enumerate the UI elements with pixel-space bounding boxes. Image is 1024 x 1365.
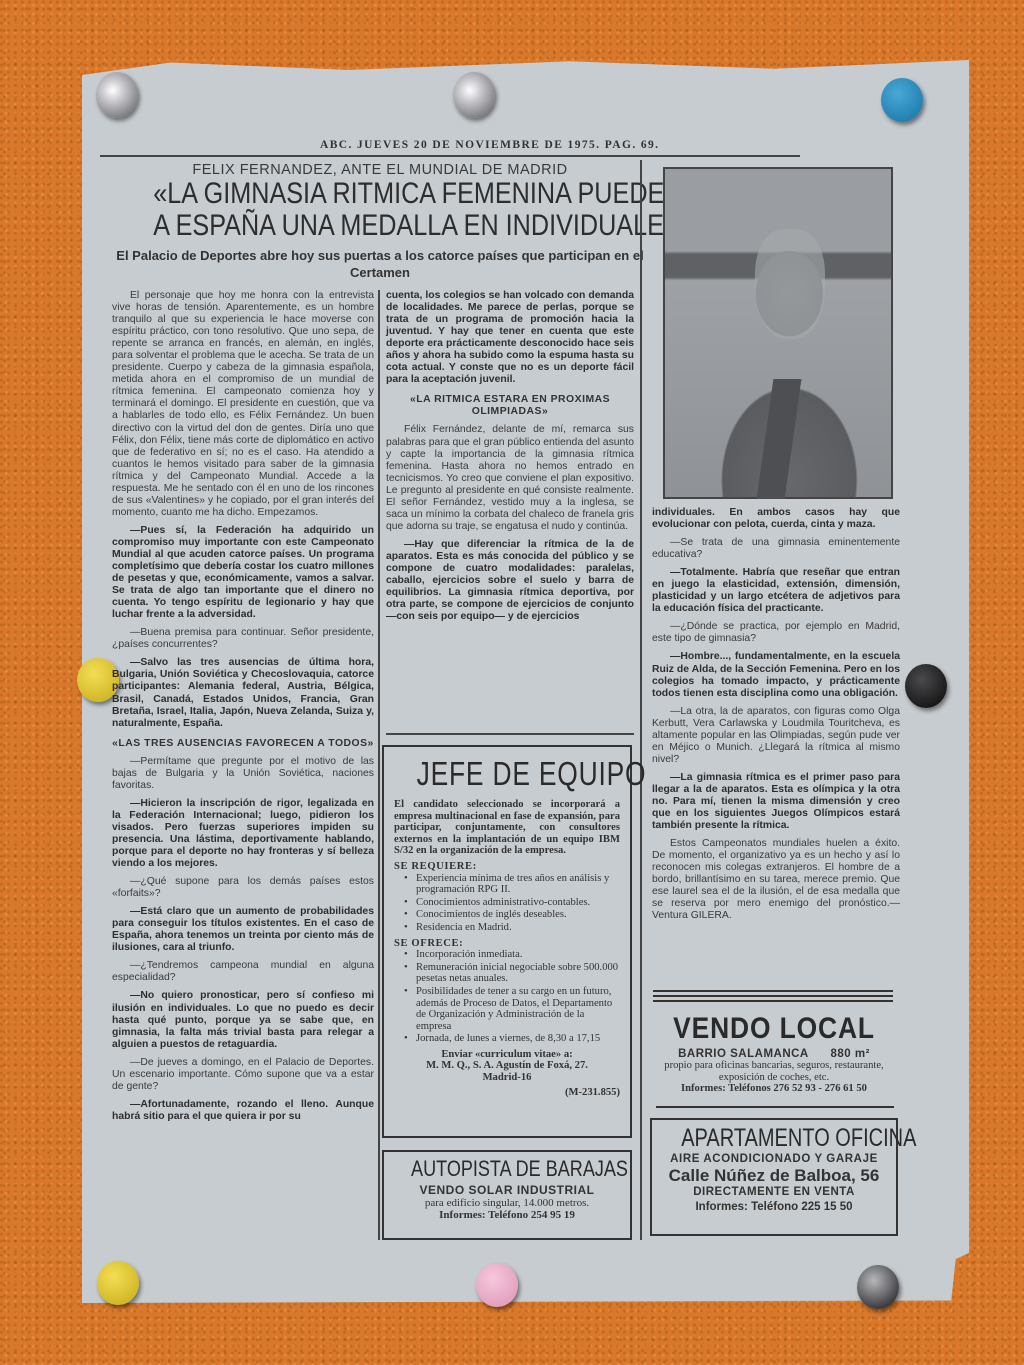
article-column-1: El personaje que hoy me honra con la ent…: [112, 290, 374, 1129]
ad-line: VENDO SOLAR INDUSTRIAL: [390, 1183, 624, 1197]
paragraph: —La gimnasia rítmica es el primer paso p…: [652, 772, 900, 832]
article-kicker: FELIX FERNANDEZ, ANTE EL MUNDIAL DE MADR…: [110, 162, 650, 178]
ad-autopista-barajas: AUTOPISTA DE BARAJAS VENDO SOLAR INDUSTR…: [382, 1150, 632, 1240]
paragraph: —¿Tendremos campeona mundial en alguna e…: [112, 960, 374, 984]
address-line-1: M. M. Q., S. A. Agustín de Foxá, 27.: [394, 1060, 620, 1072]
ad-phone: Informes: Teléfono 225 15 50: [658, 1201, 890, 1213]
ad-intro: El candidato seleccionado se incorporará…: [394, 799, 620, 857]
offers-list: Incorporación inmediata. Remuneración in…: [394, 949, 620, 1045]
paragraph: —De jueves a domingo, en el Palacio de D…: [112, 1057, 374, 1093]
column-divider: [378, 290, 380, 1240]
masthead: ABC. JUEVES 20 DE NOVIEMBRE DE 1975. PAG…: [320, 139, 800, 151]
send-instructions: Enviar «curriculum vitae» a: M. M. Q., S…: [394, 1049, 620, 1084]
list-item: Incorporación inmediata.: [404, 949, 620, 961]
list-item: Remuneración inicial negociable sobre 50…: [404, 962, 620, 985]
address-line-2: Madrid-16: [394, 1072, 620, 1084]
paragraph: —Hay que diferenciar la rítmica de la de…: [386, 539, 634, 623]
list-item: Posibilidades de tener a su cargo en un …: [404, 986, 620, 1032]
ad-jefe-de-equipo: JEFE DE EQUIPO El candidato seleccionado…: [382, 745, 632, 1138]
article-headline: «LA GIMNASIA RITMICA FEMENINA PUEDE DEPA…: [153, 178, 607, 242]
ad-line: BARRIO SALAMANCA 880 m²: [650, 1048, 898, 1060]
article-column-2: cuenta, los colegios se han volcado con …: [386, 290, 634, 629]
paragraph: individuales. En ambos casos hay que evo…: [652, 507, 900, 531]
pushpin-silver: [96, 72, 138, 118]
ad-reference: (M-231.855): [394, 1087, 620, 1099]
paragraph: —Afortunadamente, rozando el lleno. Aunq…: [112, 1099, 374, 1123]
paragraph: —Hombre..., fundamentalmente, en la escu…: [652, 651, 900, 699]
ad-title: APARTAMENTO OFICINA: [681, 1124, 867, 1153]
single-rule: [656, 1106, 894, 1108]
list-item: Conocimientos administrativo-contables.: [404, 897, 620, 909]
paragraph: —¿Dónde se practica, por ejemplo en Madr…: [652, 621, 900, 645]
ad-line: AIRE ACONDICIONADO Y GARAJE: [658, 1153, 890, 1165]
paragraph: —No quiero pronosticar, pero sí confieso…: [112, 990, 374, 1050]
section-heading: «LA RITMICA ESTARA EN PROXIMAS OLIMPIADA…: [386, 394, 634, 418]
paragraph: —Buena premisa para continuar. Señor pre…: [112, 627, 374, 651]
pushpin-blue: [881, 78, 923, 122]
paragraph: —Hicieron la inscripción de rigor, legal…: [112, 798, 374, 870]
pushpin-pink: [476, 1263, 518, 1307]
offers-label: SE OFRECE:: [394, 938, 620, 950]
pushpin-black: [905, 664, 947, 708]
paragraph: —Salvo las tres ausencias de última hora…: [112, 657, 374, 729]
ad-vendo-local: VENDO LOCAL BARRIO SALAMANCA 880 m² prop…: [650, 1012, 898, 1094]
paragraph: Estos Campeonatos mundiales huelen a éxi…: [652, 838, 900, 922]
column-2-bottom-rule: [386, 733, 634, 735]
pushpin-silver: [453, 72, 495, 118]
triple-rule: [653, 990, 893, 1002]
ad-phone: Informes: Teléfono 254 95 19: [390, 1209, 624, 1221]
ad-line: para edificio singular, 14.000 metros.: [390, 1197, 624, 1209]
paragraph: —Se trata de una gimnasia eminentemente …: [652, 537, 900, 561]
portrait-photo: [663, 167, 893, 499]
paragraph: —Está claro que un aumento de probabilid…: [112, 906, 374, 954]
masthead-rule: [100, 155, 800, 157]
paragraph: —Permítame que pregunte por el motivo de…: [112, 756, 374, 792]
photo-tie: [757, 379, 802, 499]
ad-line: propio para oficinas bancarias, seguros,…: [650, 1060, 898, 1083]
requires-label: SE REQUIERE:: [394, 861, 620, 873]
list-item: Experiencia mínima de tres años en análi…: [404, 873, 620, 896]
ad-address: Calle Núñez de Balboa, 56: [658, 1166, 890, 1186]
list-item: Conocimientos de inglés deseables.: [404, 909, 620, 921]
column-divider: [640, 160, 642, 1240]
section-heading: «LAS TRES AUSENCIAS FAVORECEN A TODOS»: [112, 738, 374, 750]
ad-line: DIRECTAMENTE EN VENTA: [658, 1186, 890, 1198]
paragraph: El personaje que hoy me honra con la ent…: [112, 290, 374, 519]
ad-title: VENDO LOCAL: [665, 1012, 883, 1046]
ad-title: JEFE DE EQUIPO: [417, 755, 598, 793]
article-column-3: individuales. En ambos casos hay que evo…: [652, 507, 900, 928]
list-item: Jornada, de lunes a viernes, de 8,30 a 1…: [404, 1033, 620, 1045]
paragraph: —Totalmente. Habría que reseñar que entr…: [652, 567, 900, 615]
pushpin-yellow: [97, 1261, 139, 1305]
paragraph: —Pues sí, la Federación ha adquirido un …: [112, 525, 374, 621]
list-item: Residencia en Madrid.: [404, 922, 620, 934]
photo-face: [755, 229, 825, 339]
pushpin-dark: [857, 1265, 899, 1309]
paragraph: Félix Fernández, delante de mí, remarca …: [386, 424, 634, 532]
article-subhead: El Palacio de Deportes abre hoy sus puer…: [112, 247, 648, 281]
paragraph: —¿Qué supone para los demás países estos…: [112, 876, 374, 900]
ad-apartamento-oficina: APARTAMENTO OFICINA AIRE ACONDICIONADO Y…: [650, 1118, 898, 1236]
paragraph: cuenta, los colegios se han volcado con …: [386, 290, 634, 386]
headline-line-2: A ESPAÑA UNA MEDALLA EN INDIVIDUALES»: [153, 210, 607, 242]
headline-line-1: «LA GIMNASIA RITMICA FEMENINA PUEDE DEPA…: [153, 178, 607, 210]
requires-list: Experiencia mínima de tres años en análi…: [394, 873, 620, 934]
ad-title: AUTOPISTA DE BARAJAS: [411, 1156, 603, 1182]
paragraph: —La otra, la de aparatos, con figuras co…: [652, 706, 900, 766]
ad-phone: Informes: Teléfonos 276 52 93 - 276 61 5…: [650, 1083, 898, 1094]
send-label: Enviar «curriculum vitae» a:: [394, 1049, 620, 1061]
